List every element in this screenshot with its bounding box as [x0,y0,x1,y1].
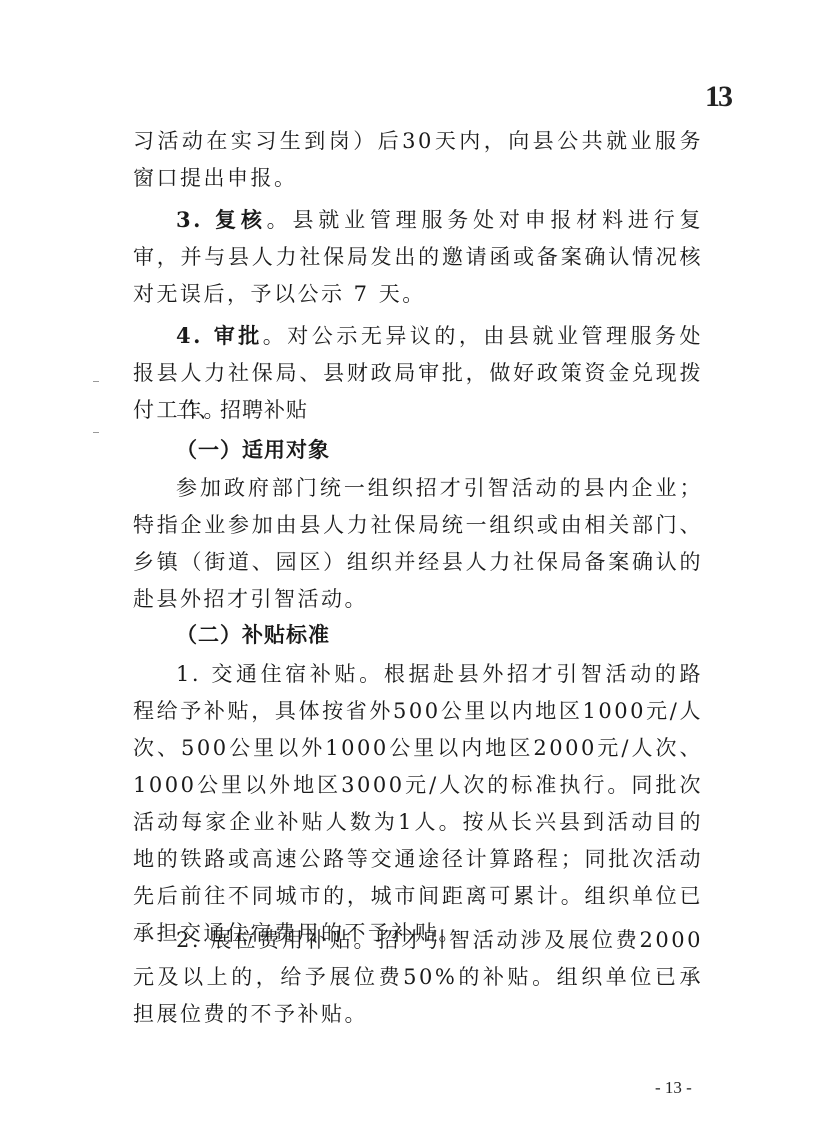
section-heading-recruitment-subsidy: 二、招聘补贴 [176,392,308,429]
subheading-applicable-targets: （一）适用对象 [176,431,330,468]
scan-mark [93,432,99,433]
paragraph-transport-accommodation: 1. 交通住宿补贴。根据赴县外招才引智活动的路程给予补贴，具体按省外500公里以… [133,656,703,952]
page-stamp-number: 13 [705,80,731,114]
paragraph-application-deadline: 习活动在实习生到岗）后30天内，向县公共就业服务窗口提出申报。 [133,123,703,197]
approval-lead: 4. 审批 [176,323,263,348]
scan-mark [93,381,99,382]
paragraph-applicable-targets: 参加政府部门统一组织招才引智活动的县内企业；特指企业参加由县人力社保局统一组织或… [133,470,703,618]
subheading-subsidy-standard: （二）补贴标准 [176,616,330,653]
paragraph-review: 3. 复核。县就业管理服务处对申报材料进行复审，并与县人力社保局发出的邀请函或备… [133,201,703,313]
footer-page-number: - 13 - [655,1078,692,1098]
paragraph-booth-fee: 2. 展位费用补贴。招才引智活动涉及展位费2000元及以上的，给予展位费50%的… [133,922,703,1033]
review-lead: 3. 复核 [176,207,267,232]
